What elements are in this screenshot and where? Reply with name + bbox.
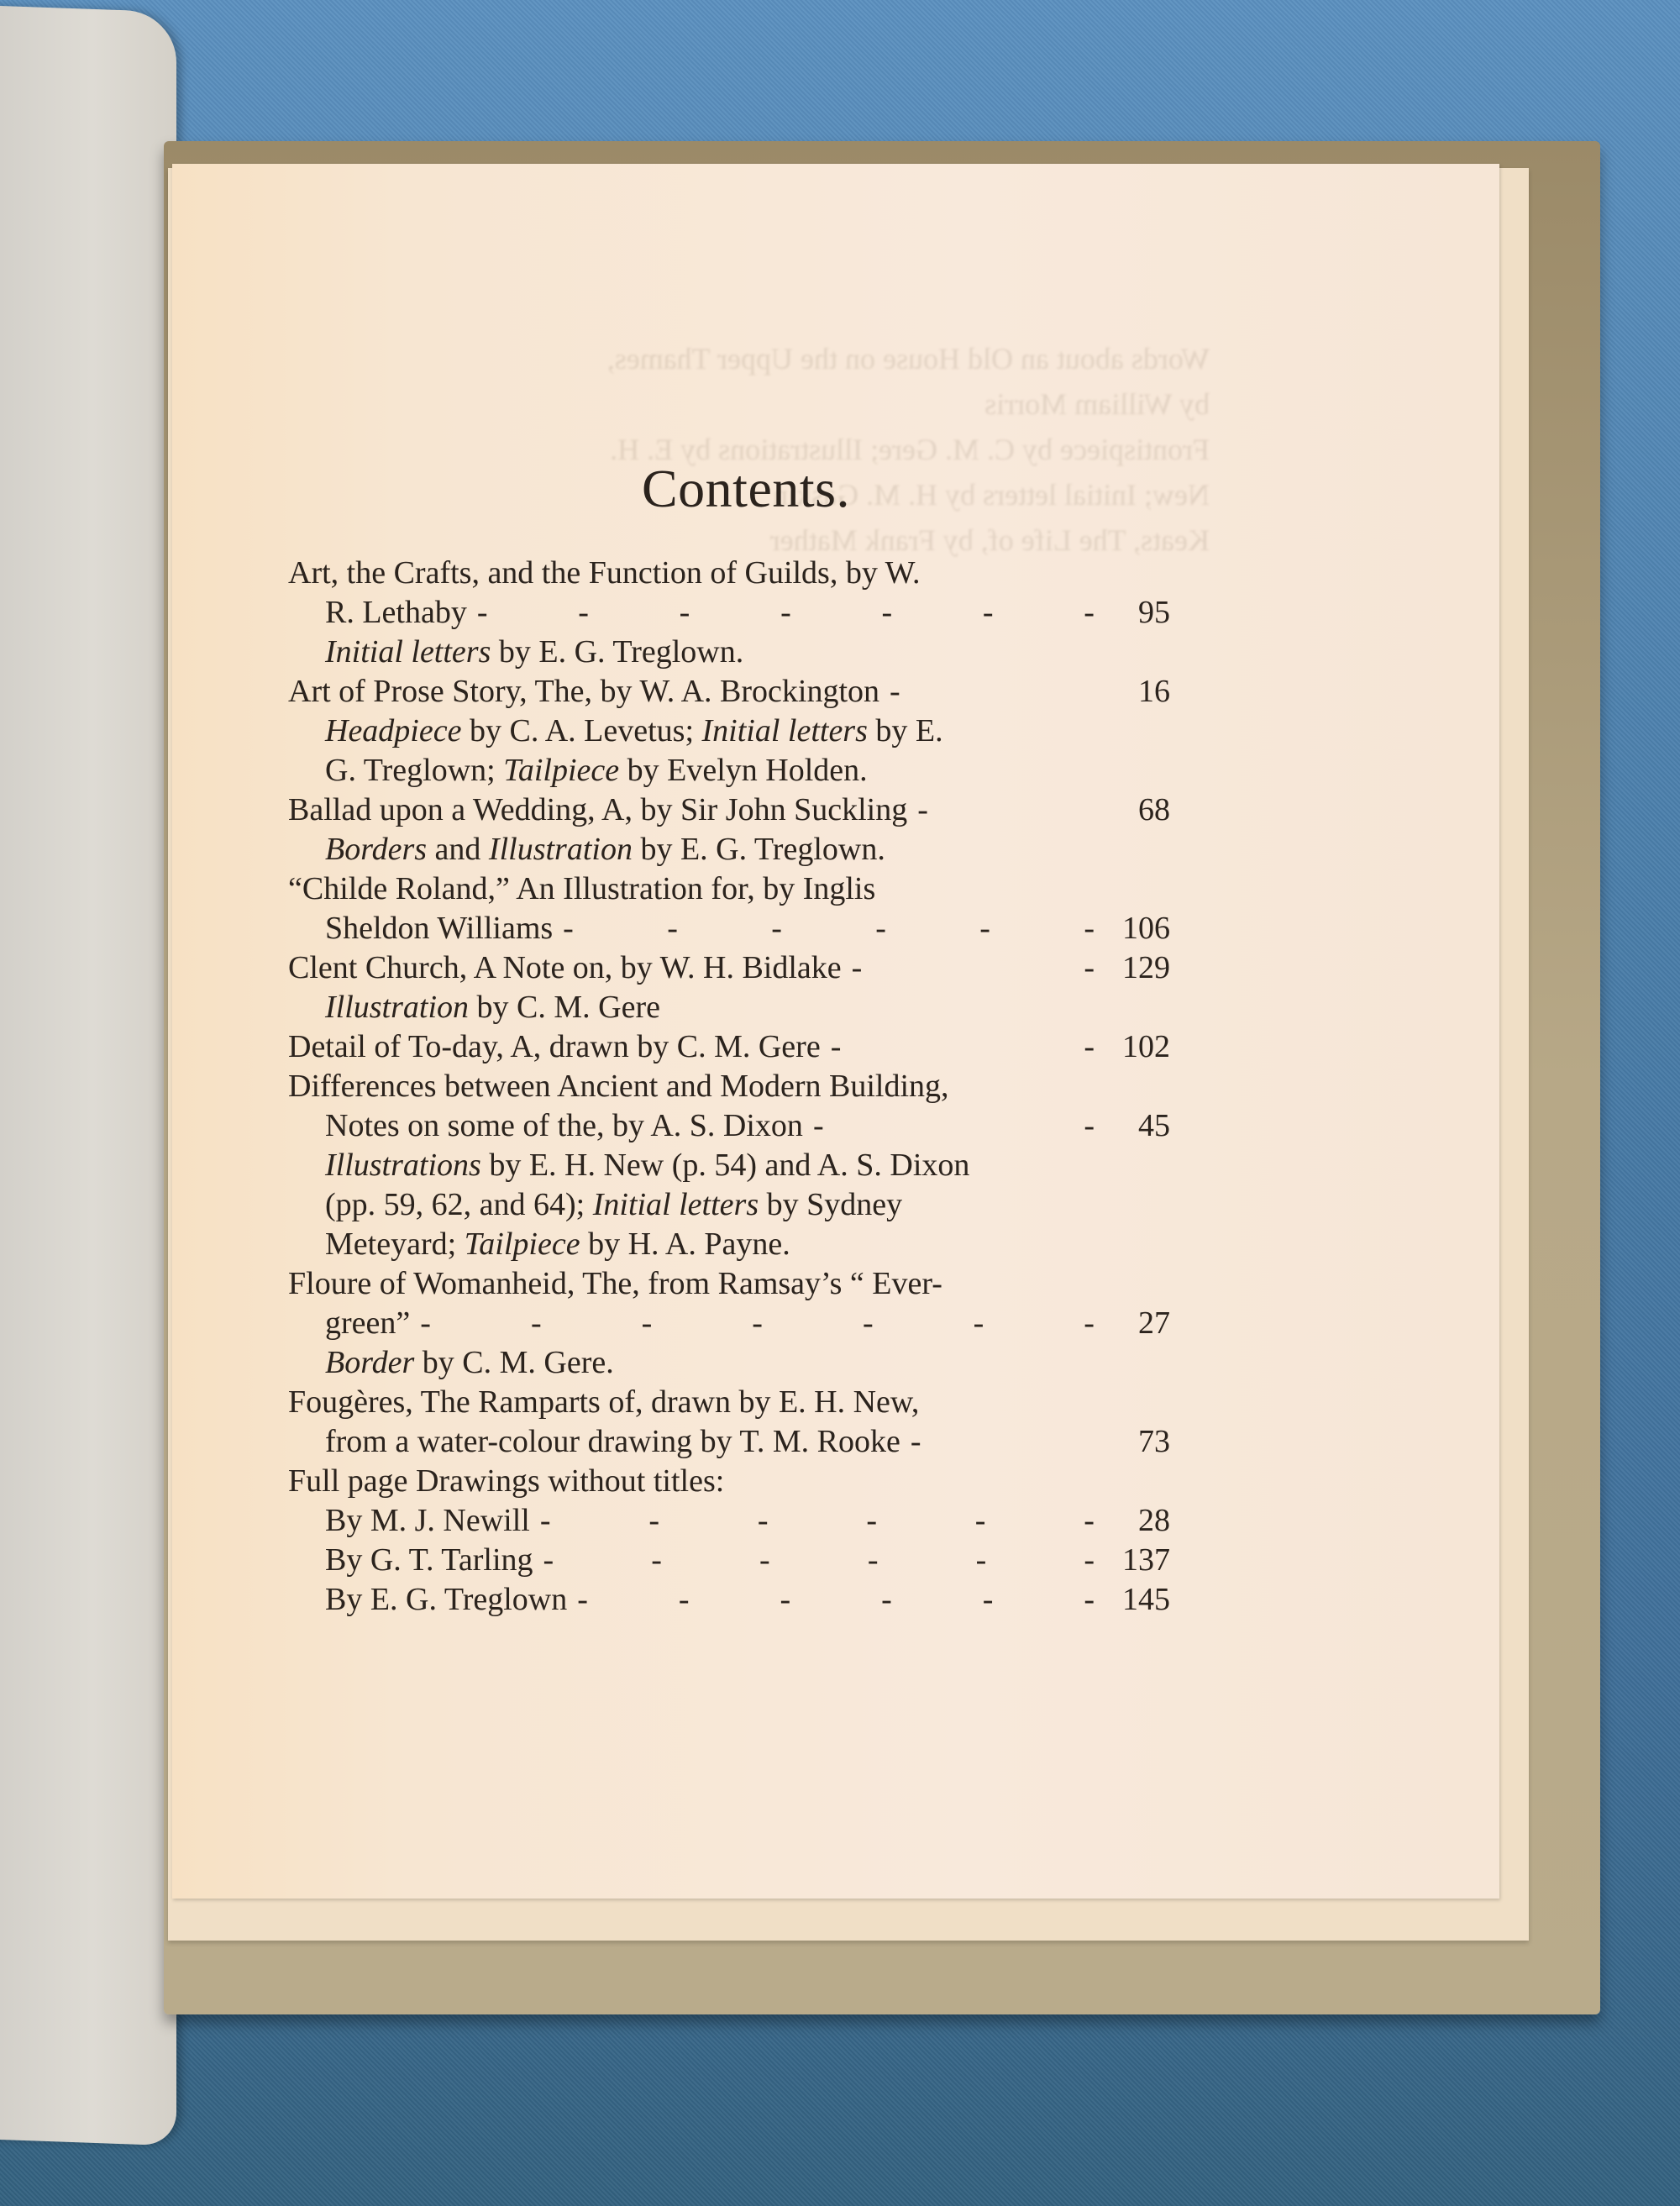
page-number: 73 bbox=[1111, 1422, 1170, 1462]
entry-line: Art of Prose Story, The, by W. A. Brocki… bbox=[288, 672, 1170, 712]
page-number: 28 bbox=[1111, 1501, 1170, 1541]
entry-title: “Childe Roland,” An Illustration for, by… bbox=[288, 869, 875, 909]
entry-line: Full page Drawings without titles: bbox=[288, 1462, 1170, 1501]
dot-leader: -- bbox=[803, 1106, 1111, 1146]
toc-entry: “Childe Roland,” An Illustration for, by… bbox=[288, 869, 1170, 948]
credit-text: by E. G. Treglown. bbox=[633, 832, 885, 867]
credit-text: by E. G. Treglown. bbox=[491, 634, 743, 670]
dot-leader: ------- bbox=[467, 593, 1111, 633]
credit-text: by E. H. New (p. 54) and A. S. Dixon bbox=[481, 1148, 970, 1183]
credit-role: Illustration bbox=[325, 990, 469, 1025]
entry-line: Sheldon Williams------106 bbox=[288, 909, 1170, 948]
page-number: 129 bbox=[1111, 948, 1170, 988]
dot-leader: - bbox=[900, 1422, 1111, 1462]
entry-line: By E. G. Treglown------145 bbox=[288, 1580, 1170, 1620]
entry-line: Art, the Crafts, and the Function of Gui… bbox=[288, 554, 1170, 593]
toc-entry: Floure of Womanheid, The, from Ramsay’s … bbox=[288, 1264, 1170, 1383]
entry-title: from a water-colour drawing by T. M. Roo… bbox=[325, 1422, 900, 1462]
entry-line: from a water-colour drawing by T. M. Roo… bbox=[288, 1422, 1170, 1462]
credit-text: G. Treglown; bbox=[325, 753, 503, 788]
credit-role: Initial letters bbox=[325, 634, 491, 670]
entry-credit: Illustration by C. M. Gere bbox=[288, 988, 1170, 1027]
dot-leader: -- bbox=[821, 1027, 1111, 1067]
toc-entry: By E. G. Treglown------145 bbox=[288, 1580, 1170, 1620]
toc-entry: By G. T. Tarling------137 bbox=[288, 1541, 1170, 1580]
page-number: 45 bbox=[1111, 1106, 1170, 1146]
entry-title: By G. T. Tarling bbox=[325, 1541, 533, 1580]
toc-entry: By M. J. Newill------28 bbox=[288, 1501, 1170, 1541]
entry-title: Notes on some of the, by A. S. Dixon bbox=[325, 1106, 803, 1146]
credit-text: by Evelyn Holden. bbox=[619, 753, 868, 788]
entry-line: By G. T. Tarling------137 bbox=[288, 1541, 1170, 1580]
toc-entries: Art, the Crafts, and the Function of Gui… bbox=[288, 554, 1170, 1620]
entry-line: Detail of To-day, A, drawn by C. M. Gere… bbox=[288, 1027, 1170, 1067]
credit-role: Initial letters bbox=[593, 1187, 759, 1222]
page-number: 27 bbox=[1111, 1304, 1170, 1343]
credit-role: Illustration bbox=[489, 832, 633, 867]
dot-leader: - bbox=[907, 790, 1111, 830]
entry-title: Art, the Crafts, and the Function of Gui… bbox=[288, 554, 921, 593]
toc-entry: Detail of To-day, A, drawn by C. M. Gere… bbox=[288, 1027, 1170, 1067]
entry-line: By M. J. Newill------28 bbox=[288, 1501, 1170, 1541]
dot-leader: ------- bbox=[410, 1304, 1111, 1343]
entry-line: R. Lethaby-------95 bbox=[288, 593, 1170, 633]
toc-entry: Differences between Ancient and Modern B… bbox=[288, 1067, 1170, 1264]
table-of-contents: Contents. Art, the Crafts, and the Funct… bbox=[288, 458, 1170, 1620]
entry-title: Ballad upon a Wedding, A, by Sir John Su… bbox=[288, 790, 907, 830]
entry-title: By M. J. Newill bbox=[325, 1501, 530, 1541]
page-title: Contents. bbox=[288, 458, 1170, 520]
credit-text: by C. M. Gere bbox=[469, 990, 660, 1025]
credit-role: Tailpiece bbox=[465, 1226, 580, 1262]
toc-entry: Art of Prose Story, The, by W. A. Brocki… bbox=[288, 672, 1170, 790]
page-number: 68 bbox=[1111, 790, 1170, 830]
entry-line: “Childe Roland,” An Illustration for, by… bbox=[288, 869, 1170, 909]
credit-role: Borders bbox=[325, 832, 427, 867]
dot-leader: ------ bbox=[530, 1501, 1111, 1541]
entry-title: Art of Prose Story, The, by W. A. Brocki… bbox=[288, 672, 879, 712]
entry-credit: Illustrations by E. H. New (p. 54) and A… bbox=[288, 1146, 1170, 1185]
credit-text: by E. bbox=[868, 713, 943, 748]
toc-entry: Clent Church, A Note on, by W. H. Bidlak… bbox=[288, 948, 1170, 1027]
credit-text: by Sydney bbox=[759, 1187, 902, 1222]
credit-text: and bbox=[427, 832, 489, 867]
toc-entry: Art, the Crafts, and the Function of Gui… bbox=[288, 554, 1170, 672]
credit-role: Illustrations bbox=[325, 1148, 481, 1183]
page-number: 145 bbox=[1111, 1580, 1170, 1620]
credit-role: Border bbox=[325, 1345, 414, 1380]
credit-role: Headpiece bbox=[325, 713, 461, 748]
page-number: 106 bbox=[1111, 909, 1170, 948]
entry-title: R. Lethaby bbox=[325, 593, 467, 633]
toc-entry: Full page Drawings without titles: bbox=[288, 1462, 1170, 1501]
credit-text: (pp. 59, 62, and 64); bbox=[325, 1187, 593, 1222]
entry-credit: Border by C. M. Gere. bbox=[288, 1343, 1170, 1383]
entry-title: Detail of To-day, A, drawn by C. M. Gere bbox=[288, 1027, 821, 1067]
dot-leader: ------ bbox=[533, 1541, 1111, 1580]
page-number: 102 bbox=[1111, 1027, 1170, 1067]
entry-title: Fougères, The Ramparts of, drawn by E. H… bbox=[288, 1383, 919, 1422]
entry-line: Clent Church, A Note on, by W. H. Bidlak… bbox=[288, 948, 1170, 988]
entry-line: Fougères, The Ramparts of, drawn by E. H… bbox=[288, 1383, 1170, 1422]
entry-title: Sheldon Williams bbox=[325, 909, 553, 948]
entry-line: green”-------27 bbox=[288, 1304, 1170, 1343]
entry-credit: Initial letters by E. G. Treglown. bbox=[288, 633, 1170, 672]
page-number: 95 bbox=[1111, 593, 1170, 633]
credit-text: Meteyard; bbox=[325, 1226, 465, 1262]
entry-credit: Borders and Illustration by E. G. Treglo… bbox=[288, 830, 1170, 869]
facing-left-page bbox=[0, 5, 176, 2146]
toc-entry: Fougères, The Ramparts of, drawn by E. H… bbox=[288, 1383, 1170, 1462]
dot-leader: ------ bbox=[567, 1580, 1111, 1620]
entry-title: By E. G. Treglown bbox=[325, 1580, 567, 1620]
entry-title: Differences between Ancient and Modern B… bbox=[288, 1067, 949, 1106]
entry-line: Floure of Womanheid, The, from Ramsay’s … bbox=[288, 1264, 1170, 1304]
entry-credit: Meteyard; Tailpiece by H. A. Payne. bbox=[288, 1225, 1170, 1264]
credit-text: by H. A. Payne. bbox=[580, 1226, 790, 1262]
credit-text: by C. A. Levetus; bbox=[461, 713, 701, 748]
credit-role: Tailpiece bbox=[503, 753, 619, 788]
entry-title: Floure of Womanheid, The, from Ramsay’s … bbox=[288, 1264, 942, 1304]
entry-credit: G. Treglown; Tailpiece by Evelyn Holden. bbox=[288, 751, 1170, 790]
credit-role: Initial letters bbox=[702, 713, 868, 748]
entry-line: Notes on some of the, by A. S. Dixon--45 bbox=[288, 1106, 1170, 1146]
entry-line: Ballad upon a Wedding, A, by Sir John Su… bbox=[288, 790, 1170, 830]
dot-leader: - bbox=[879, 672, 1111, 712]
page-number: 137 bbox=[1111, 1541, 1170, 1580]
toc-entry: Ballad upon a Wedding, A, by Sir John Su… bbox=[288, 790, 1170, 869]
credit-text: by C. M. Gere. bbox=[414, 1345, 613, 1380]
entry-title: Clent Church, A Note on, by W. H. Bidlak… bbox=[288, 948, 842, 988]
entry-credit: Headpiece by C. A. Levetus; Initial lett… bbox=[288, 712, 1170, 751]
dot-leader: ------ bbox=[553, 909, 1111, 948]
entry-credit: (pp. 59, 62, and 64); Initial letters by… bbox=[288, 1185, 1170, 1225]
entry-title: Full page Drawings without titles: bbox=[288, 1462, 724, 1501]
entry-line: Differences between Ancient and Modern B… bbox=[288, 1067, 1170, 1106]
dot-leader: -- bbox=[842, 948, 1111, 988]
entry-title: green” bbox=[325, 1304, 410, 1343]
page-number: 16 bbox=[1111, 672, 1170, 712]
